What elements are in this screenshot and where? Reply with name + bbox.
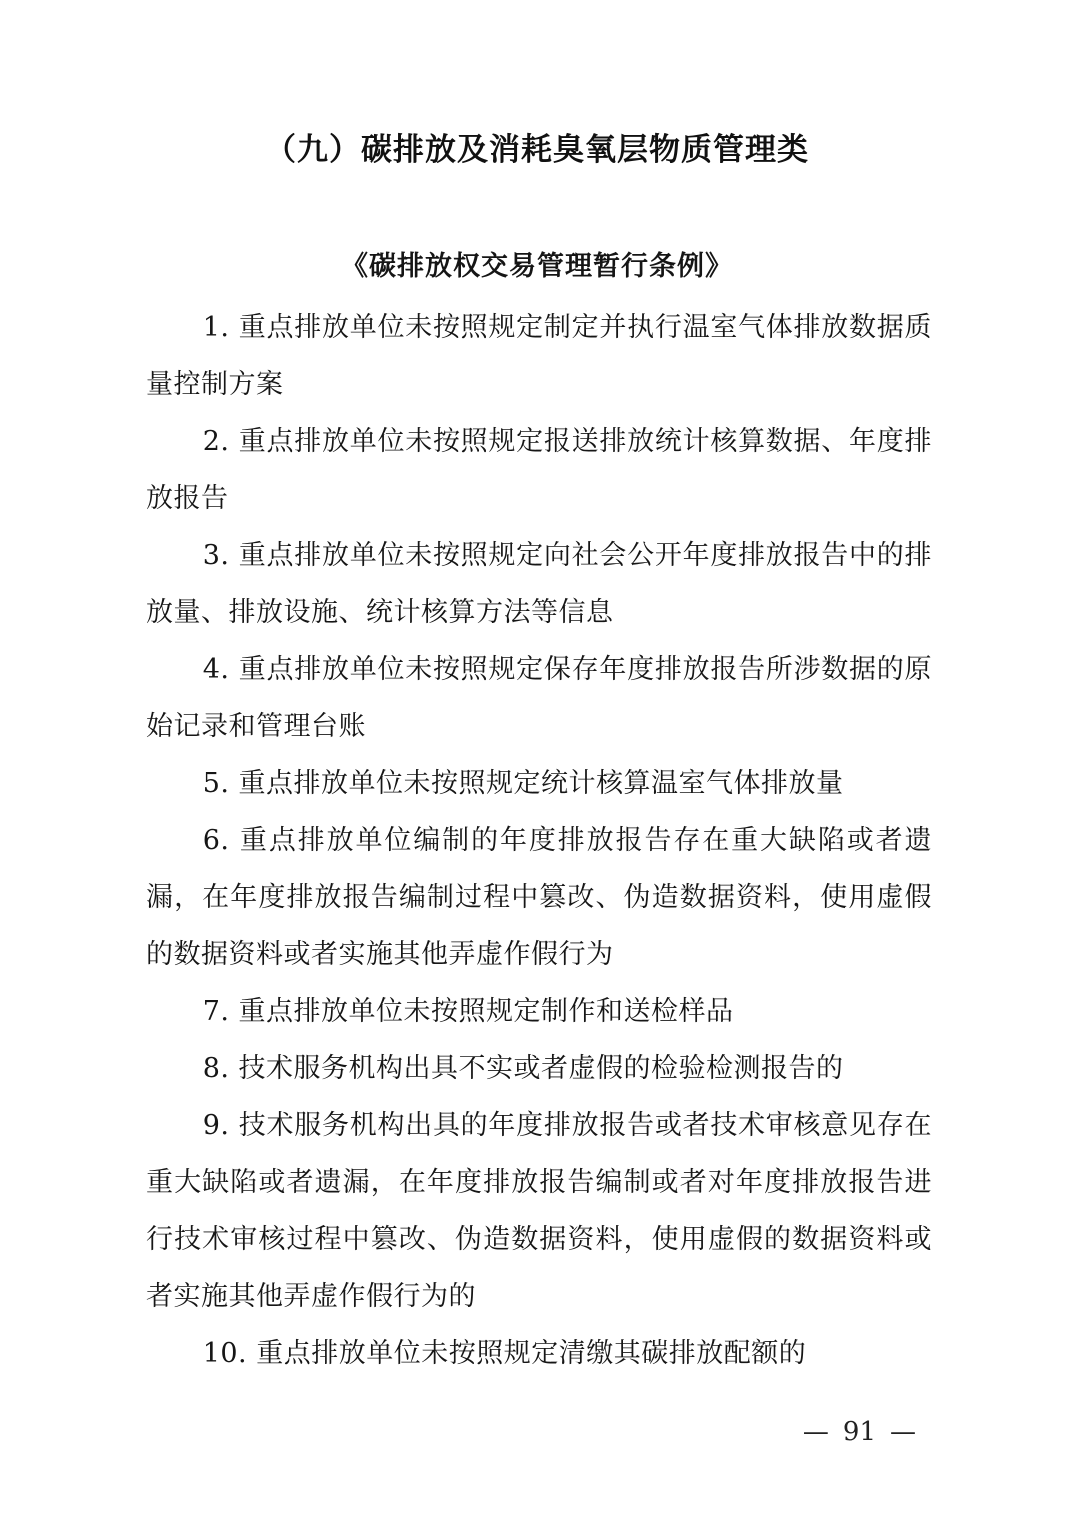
violation-item-2: 2. 重点排放单位未按照规定报送排放统计核算数据、年度排放报告: [146, 413, 932, 527]
violation-item-7: 7. 重点排放单位未按照规定制作和送检样品: [146, 983, 932, 1040]
violation-item-8: 8. 技术服务机构出具不实或者虚假的检验检测报告的: [146, 1040, 932, 1097]
footer-dash-right: —: [890, 1416, 916, 1448]
violation-item-5: 5. 重点排放单位未按照规定统计核算温室气体排放量: [146, 755, 932, 812]
page-footer: — 91 —: [803, 1416, 916, 1448]
violation-item-9: 9. 技术服务机构出具的年度排放报告或者技术审核意见存在重大缺陷或者遗漏，在年度…: [146, 1097, 932, 1325]
page-number: 91: [843, 1416, 876, 1448]
footer-dash-left: —: [803, 1416, 829, 1448]
violation-item-10: 10. 重点排放单位未按照规定清缴其碳排放配额的: [146, 1325, 932, 1382]
document-page: （九）碳排放及消耗臭氧层物质管理类 《碳排放权交易管理暂行条例》 1. 重点排放…: [0, 0, 1074, 1520]
document-body: 1. 重点排放单位未按照规定制定并执行温室气体排放数据质量控制方案 2. 重点排…: [146, 299, 932, 1382]
section-title: （九）碳排放及消耗臭氧层物质管理类: [80, 131, 994, 169]
violation-item-3: 3. 重点排放单位未按照规定向社会公开年度排放报告中的排放量、排放设施、统计核算…: [146, 527, 932, 641]
violation-item-1: 1. 重点排放单位未按照规定制定并执行温室气体排放数据质量控制方案: [146, 299, 932, 413]
violation-item-6: 6. 重点排放单位编制的年度排放报告存在重大缺陷或者遗漏，在年度排放报告编制过程…: [146, 812, 932, 983]
violation-item-4: 4. 重点排放单位未按照规定保存年度排放报告所涉数据的原始记录和管理台账: [146, 641, 932, 755]
law-title: 《碳排放权交易管理暂行条例》: [80, 251, 994, 283]
